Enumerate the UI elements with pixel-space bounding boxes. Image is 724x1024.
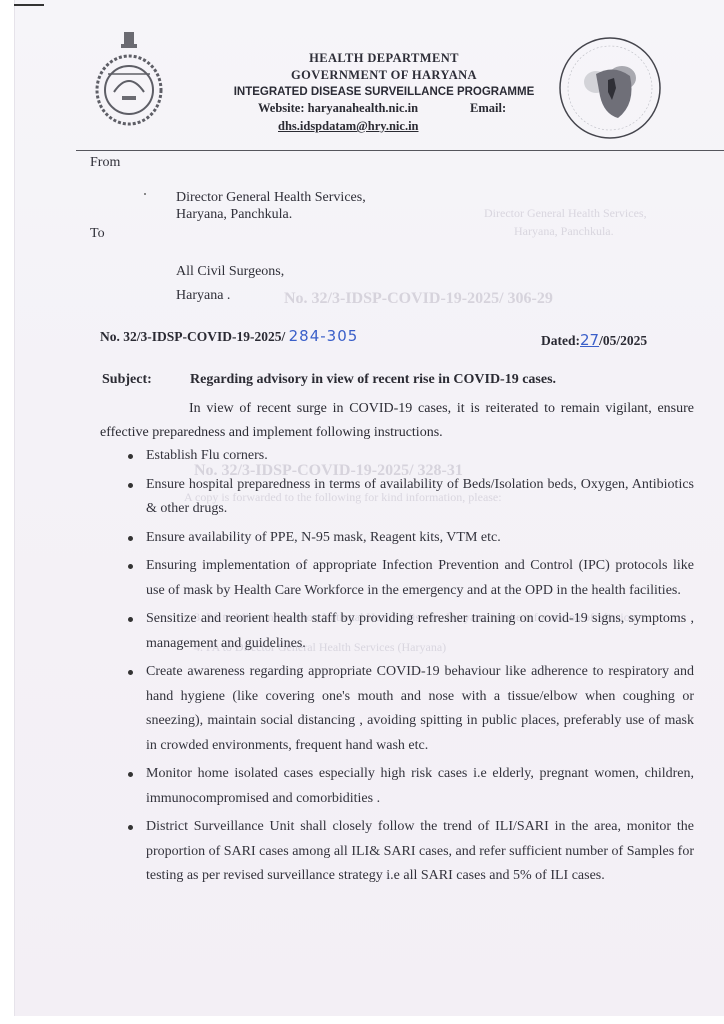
to-line-2: Haryana . — [176, 288, 230, 304]
department-name: HEALTH DEPARTMENT — [214, 50, 554, 67]
dated-handwritten-day: 27 — [580, 331, 599, 349]
contact-row: Website: haryanahealth.nic.in Email: — [258, 101, 418, 116]
bullet-icon — [128, 617, 133, 622]
scan-edge-mark — [14, 4, 44, 6]
list-item: Create awareness regarding appropriate C… — [128, 660, 694, 758]
bullet-icon — [128, 772, 133, 777]
programme-name: INTEGRATED DISEASE SURVEILLANCE PROGRAMM… — [194, 84, 574, 101]
list-item: District Surveillance Unit shall closely… — [128, 815, 694, 889]
dated-month-year: /05/2025 — [599, 333, 647, 348]
to-label: To — [90, 226, 105, 242]
email-label: Email: — [470, 101, 506, 116]
bullet-icon — [128, 483, 133, 488]
reference-number: No. 32/3-IDSP-COVID-19-2025/ 284-305 — [100, 327, 358, 345]
list-item: Ensure hospital preparedness in terms of… — [128, 473, 694, 522]
list-item: Sensitize and reorient health staff by p… — [128, 607, 694, 656]
document-page: Director General Health Services, Haryan… — [14, 0, 724, 1016]
intro-paragraph: In view of recent surge in COVID-19 case… — [100, 397, 694, 445]
letterhead: HEALTH DEPARTMENT GOVERNMENT OF HARYANA … — [214, 50, 554, 101]
list-item: Monitor home isolated cases especially h… — [128, 762, 694, 811]
bleed-through-text: Haryana, Panchkula. — [514, 224, 614, 239]
haryana-emblem-icon — [94, 30, 164, 130]
bullet-icon — [128, 670, 133, 675]
email-link[interactable]: dhs.idspdatam@hry.nic.in — [278, 119, 419, 134]
website-link[interactable]: Website: haryanahealth.nic.in — [258, 101, 418, 115]
bullet-icon — [128, 536, 133, 541]
dated-label: Dated: — [541, 333, 580, 348]
bleed-through-text: Director General Health Services, — [484, 206, 647, 221]
to-line-1: All Civil Surgeons, — [176, 264, 284, 280]
list-item: Establish Flu corners. — [128, 444, 694, 469]
bleed-through-text: No. 32/3-IDSP-COVID-19-2025/ 306-29 — [284, 290, 553, 308]
date-field: Dated:27/05/2025 — [541, 331, 647, 349]
stray-mark — [144, 193, 146, 195]
bullet-icon — [128, 454, 133, 459]
from-label: From — [90, 155, 120, 171]
subject-text: Regarding advisory in view of recent ris… — [190, 372, 556, 388]
bullet-icon — [128, 564, 133, 569]
subject-label: Subject: — [102, 372, 152, 388]
reference-printed: No. 32/3-IDSP-COVID-19-2025/ — [100, 329, 285, 344]
from-line-1: Director General Health Services, — [176, 190, 366, 206]
list-item: Ensuring implementation of appropriate I… — [128, 554, 694, 603]
list-item: Ensure availability of PPE, N-95 mask, R… — [128, 526, 694, 551]
instructions-list: Establish Flu corners. Ensure hospital p… — [128, 444, 694, 893]
from-line-2: Haryana, Panchkula. — [176, 207, 292, 223]
bullet-icon — [128, 825, 133, 830]
header-divider — [76, 150, 724, 151]
government-name: GOVERNMENT OF HARYANA — [214, 67, 554, 84]
reference-handwritten: 284-305 — [289, 327, 359, 345]
